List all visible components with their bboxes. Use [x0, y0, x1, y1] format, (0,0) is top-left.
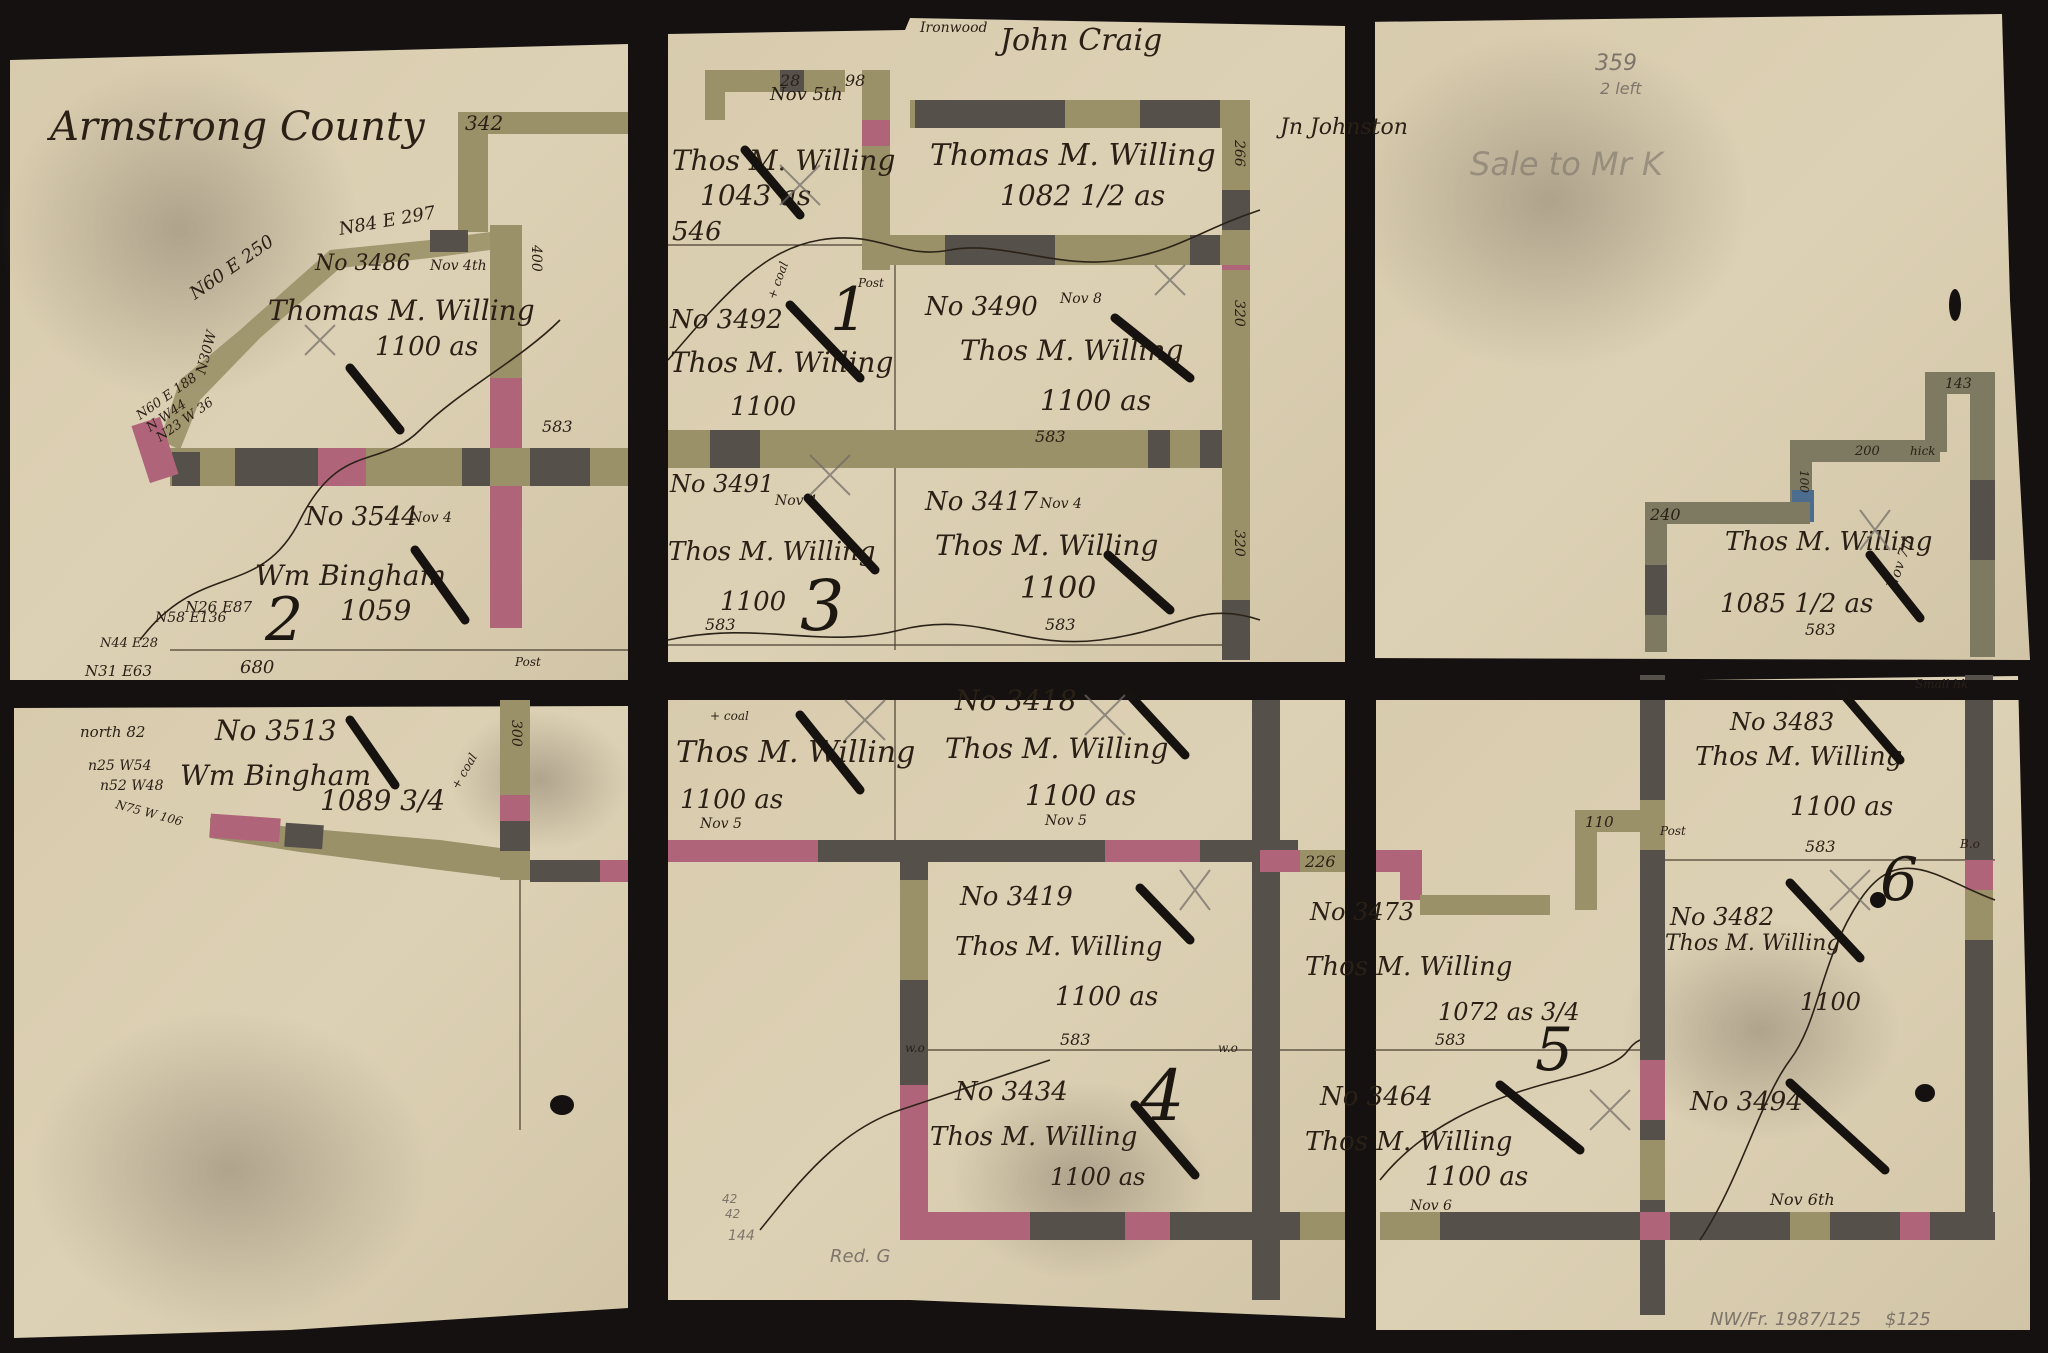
adjoiner-east-label: Jn Johnston [1276, 115, 1408, 140]
tract-acres: 1100 as [1790, 792, 1893, 822]
distance-label: 320 [1231, 530, 1247, 557]
tract-acres: 1059 [340, 594, 411, 627]
tract-number: No 3419 [959, 882, 1073, 912]
tract-number: No 3544 [304, 502, 418, 532]
distance-label: 583 [1035, 427, 1066, 446]
tract-acres: 1100 as [375, 332, 478, 362]
tract-acres: 1072 as 3/4 [1438, 998, 1580, 1026]
distance-label: 240 [1649, 505, 1681, 524]
tract-acres: 1100 [1800, 988, 1861, 1016]
tract-date: Nov 4th [429, 258, 487, 274]
section-number-2: 2 [264, 585, 303, 655]
distance-label: 546 [672, 217, 722, 247]
distance-label: 583 [705, 615, 736, 634]
tract-date: Nov 4 [1039, 496, 1082, 512]
distance-label: 583 [542, 417, 573, 436]
distance-label: 583 [1045, 615, 1076, 634]
bearing-label: north 82 [80, 723, 145, 741]
bearing-label: N44 E28 [99, 636, 158, 651]
tract-owner: Thos M. Willing [955, 932, 1162, 962]
distance-label: 98 [845, 71, 865, 90]
tract-owner: Thos M. Willing [1695, 742, 1902, 772]
tract-number: No 3483 [1729, 708, 1834, 736]
tract-owner: Thos M. Willing [1305, 1127, 1512, 1157]
tract-owner: Thos M. Willing [1665, 931, 1841, 956]
tract-number: No 3490 [924, 292, 1038, 322]
section-number-3: 3 [800, 565, 845, 647]
tract-acres: 1082 1/2 as [1000, 179, 1165, 212]
tract-date: Nov 4 [409, 510, 452, 526]
post-mark: Post [514, 655, 541, 669]
pencil-ref-label: 359 [1595, 51, 1637, 76]
distance-label: 583 [1805, 620, 1836, 639]
catalog-number: NW/Fr. 1987/125 [1710, 1309, 1861, 1330]
distance-label: 200 [1854, 444, 1880, 459]
tract-owner: Thos M. Willing [676, 735, 915, 770]
hickory-mark: hick [1910, 444, 1936, 458]
tract-acres: 1100 as [1025, 779, 1136, 812]
pencil-ref-label-2: 2 left [1600, 79, 1642, 98]
tract-number: No 3494 [1689, 1087, 1803, 1117]
tract-acres: 1100 as [680, 785, 783, 815]
tract-number: No 3486 [314, 251, 410, 276]
coal-mark: + coal [710, 709, 749, 723]
tract-date: Nov 8 [1059, 291, 1102, 307]
pencil-calc-a: 42 [722, 1192, 737, 1206]
tract-owner: Thomas M. Willing [268, 294, 535, 327]
distance-label: 28 [779, 71, 800, 90]
tract-acres: 1085 1/2 as [1720, 589, 1873, 619]
tract-acres: 1089 3/4 [320, 784, 445, 817]
black-oak-mark: B.o [1959, 837, 1980, 851]
distance-label: 583 [1805, 837, 1836, 856]
bearing-label: N58 E136 [154, 610, 227, 626]
section-number-6: 6 [1880, 845, 1918, 915]
tract-owner: Wm Bingham [255, 559, 446, 592]
white-oak-mark: w.o [1218, 1041, 1238, 1055]
distance-label: 583 [1435, 1030, 1466, 1049]
tract-acres: 1100 as [1050, 1163, 1145, 1191]
distance-label: 100 [1797, 470, 1811, 493]
distance-label: 342 [465, 111, 503, 135]
tract-number: No 3434 [954, 1077, 1068, 1107]
distance-label: 583 [1060, 1030, 1091, 1049]
bearing-label: n52 W48 [100, 778, 164, 794]
pencil-red-note: Red. G [830, 1246, 890, 1267]
tract-number: No 3492 [669, 305, 783, 335]
section-number-4: 4 [1139, 1055, 1185, 1137]
post-mark: Post [857, 276, 884, 290]
survey-map: Armstrong County John Craig Ironwood Jn … [0, 0, 2048, 1353]
tract-owner: Thos M. Willing [945, 732, 1168, 765]
tract-date: Nov 6 [1409, 1198, 1452, 1214]
pencil-note-label: Sale to Mr K [1470, 145, 1666, 183]
ironwood-label: Ironwood [919, 20, 988, 36]
small-hickory-mark: Small hk [1915, 677, 1968, 691]
tract-date: Nov 5 [1044, 813, 1087, 829]
post-mark: Post [1659, 824, 1686, 838]
tract-number: No 3513 [214, 714, 337, 747]
pencil-calc-c: 144 [728, 1228, 755, 1244]
pencil-calc-b: 42 [725, 1207, 740, 1221]
bearing-label: N31 E63 [84, 662, 152, 680]
bearing-label: n25 W54 [88, 758, 152, 774]
tract-number: No 3473 [1309, 898, 1414, 926]
tract-number: No 3491 [669, 470, 774, 498]
tract-owner: Thos M. Willing [672, 144, 895, 177]
tract-date: Nov 5 [699, 816, 742, 832]
tract-number: No 3418 [954, 684, 1077, 717]
county-title: Armstrong County [46, 104, 426, 150]
tract-number: No 3417 [924, 487, 1038, 517]
tract-owner: Thomas M. Willing [930, 138, 1216, 173]
tract-number: No 3464 [1319, 1082, 1433, 1112]
tract-owner: Thos M. Willing [935, 529, 1158, 562]
distance-label: 143 [1945, 376, 1972, 392]
distance-label: 680 [240, 657, 274, 678]
distance-label: 226 [1304, 852, 1336, 871]
tract-acres: 1100 as [1425, 1162, 1528, 1192]
tract-acres: 1100 [730, 392, 796, 422]
tract-owner: Thos M. Willing [930, 1122, 1137, 1152]
tract-acres: 1100 as [1040, 384, 1151, 417]
distance-label: 400 [528, 244, 544, 272]
tract-owner: Thos M. Willing [1305, 952, 1512, 982]
adjoiner-north-label: John Craig [994, 23, 1162, 58]
tract-acres: 1100 as [1055, 982, 1158, 1012]
tract-date: Nov 6th [1769, 1190, 1835, 1209]
distance-label: 300 [508, 720, 524, 747]
price-label: $125 [1885, 1309, 1931, 1330]
distance-label: 110 [1585, 813, 1614, 831]
distance-label: 320 [1231, 300, 1247, 327]
tract-number: No 3482 [1669, 903, 1774, 931]
white-oak-mark: w.o [905, 1041, 925, 1055]
distance-label: 266 [1231, 139, 1247, 167]
tract-acres: 1100 [1020, 571, 1096, 606]
tract-acres: 1100 [720, 587, 786, 617]
